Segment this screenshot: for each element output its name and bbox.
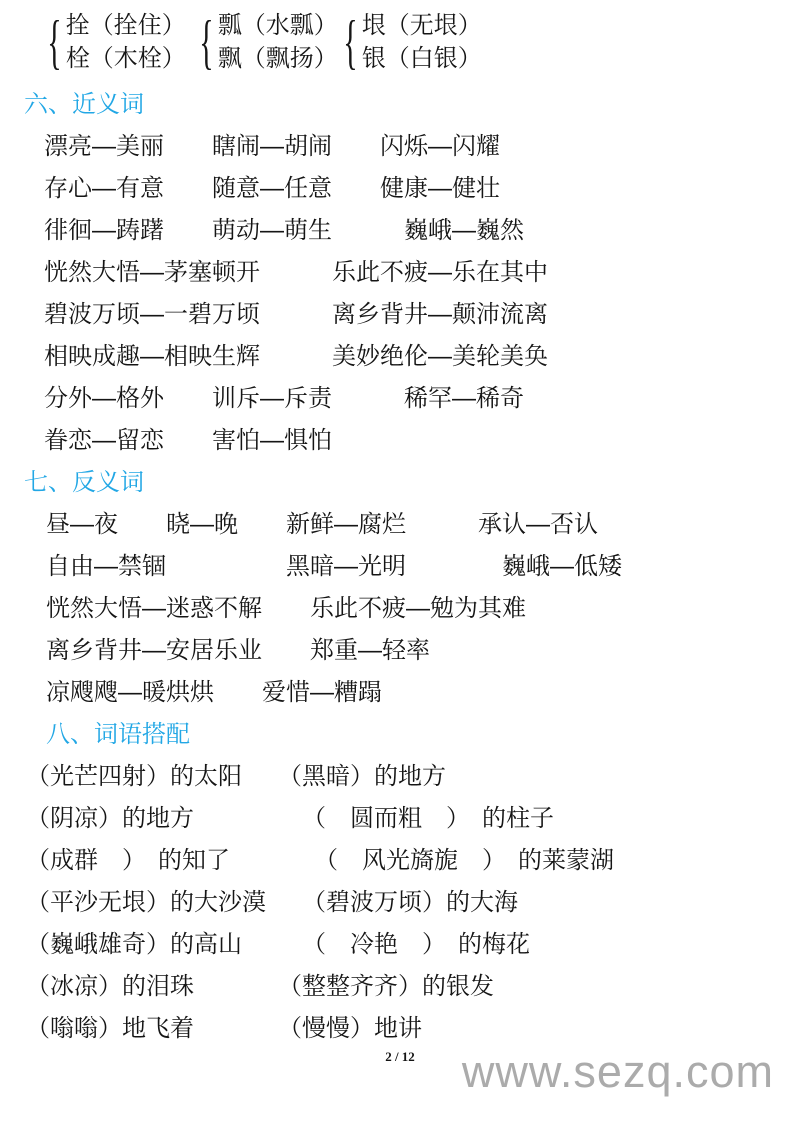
character-pair-lines: 垠（无垠） 银（白银） — [362, 9, 482, 75]
brace-icon: { — [199, 8, 213, 76]
character-group: { 瓢（水瓢） 飘（飘扬） — [192, 8, 338, 76]
vocab-row: 分外—格外 训斥—斥责 稀罕—稀奇 — [44, 378, 800, 420]
character-group: { 拴（拴住） 栓（木栓） — [40, 8, 186, 76]
vocab-row: 存心—有意 随意—任意 健康—健壮 — [44, 168, 800, 210]
vocab-rows: 昼—夜 晓—晚 新鲜—腐烂 承认—否认 自由—禁锢 黑暗—光明 巍峨—低矮 恍然… — [0, 504, 800, 714]
vocab-sections: 六、近义词 漂亮—美丽 瞎闹—胡闹 闪烁—闪耀 存心—有意 随意—任意 健康—健… — [0, 84, 800, 1050]
character-pair-top: 瓢（水瓢） — [218, 9, 338, 42]
character-pair-bottom: 栓（木栓） — [66, 42, 186, 75]
vocab-row: 昼—夜 晓—晚 新鲜—腐烂 承认—否认 — [46, 504, 800, 546]
vocab-row: 恍然大悟—茅塞顿开 乐此不疲—乐在其中 — [44, 252, 800, 294]
character-pair-lines: 瓢（水瓢） 飘（飘扬） — [218, 9, 338, 75]
section-heading: 六、近义词 — [24, 84, 800, 126]
document-page: { 拴（拴住） 栓（木栓） { 瓢（水瓢） 飘（飘扬） { 垠（无垠） 银（白银… — [0, 0, 800, 1131]
vocab-row: （阴凉）的地方 （ 圆而粗 ） 的柱子 — [26, 798, 800, 840]
vocab-row: 漂亮—美丽 瞎闹—胡闹 闪烁—闪耀 — [44, 126, 800, 168]
brace-icon: { — [47, 8, 61, 76]
vocab-section: 六、近义词 漂亮—美丽 瞎闹—胡闹 闪烁—闪耀 存心—有意 随意—任意 健康—健… — [0, 84, 800, 462]
vocab-section: 八、词语搭配 （光芒四射）的太阳 （黑暗）的地方 （阴凉）的地方 （ 圆而粗 ）… — [0, 714, 800, 1050]
character-pair-bottom: 银（白银） — [362, 42, 482, 75]
vocab-row: 眷恋—留恋 害怕—惧怕 — [44, 420, 800, 462]
section-heading: 七、反义词 — [24, 462, 800, 504]
vocab-row: 自由—禁锢 黑暗—光明 巍峨—低矮 — [46, 546, 800, 588]
character-comparison-section: { 拴（拴住） 栓（木栓） { 瓢（水瓢） 飘（飘扬） { 垠（无垠） 银（白银… — [0, 8, 800, 84]
vocab-row: 恍然大悟—迷惑不解 乐此不疲—勉为其难 — [46, 588, 800, 630]
character-pair-top: 拴（拴住） — [66, 9, 186, 42]
vocab-row: （冰凉）的泪珠 （整整齐齐）的银发 — [26, 966, 800, 1008]
vocab-row: （巍峨雄奇）的高山 （ 冷艳 ） 的梅花 — [26, 924, 800, 966]
vocab-row: 徘徊—踌躇 萌动—萌生 巍峨—巍然 — [44, 210, 800, 252]
vocab-rows: （光芒四射）的太阳 （黑暗）的地方 （阴凉）的地方 （ 圆而粗 ） 的柱子 （成… — [0, 756, 800, 1050]
vocab-rows: 漂亮—美丽 瞎闹—胡闹 闪烁—闪耀 存心—有意 随意—任意 健康—健壮 徘徊—踌… — [0, 126, 800, 462]
character-pair-top: 垠（无垠） — [362, 9, 482, 42]
character-pair-lines: 拴（拴住） 栓（木栓） — [66, 9, 186, 75]
watermark: www.sezq.com — [462, 1048, 774, 1096]
section-heading: 八、词语搭配 — [46, 714, 800, 756]
brace-icon: { — [343, 8, 357, 76]
vocab-row: （平沙无垠）的大沙漠 （碧波万顷）的大海 — [26, 882, 800, 924]
vocab-section: 七、反义词 昼—夜 晓—晚 新鲜—腐烂 承认—否认 自由—禁锢 黑暗—光明 巍峨… — [0, 462, 800, 714]
vocab-row: （成群 ） 的知了 （ 风光旖旎 ） 的莱蒙湖 — [26, 840, 800, 882]
vocab-row: 离乡背井—安居乐业 郑重—轻率 — [46, 630, 800, 672]
vocab-row: 凉飕飕—暖烘烘 爱惜—糟蹋 — [46, 672, 800, 714]
vocab-row: 相映成趣—相映生辉 美妙绝伦—美轮美奂 — [44, 336, 800, 378]
vocab-row: 碧波万顷—一碧万顷 离乡背井—颠沛流离 — [44, 294, 800, 336]
character-group: { 垠（无垠） 银（白银） — [336, 8, 482, 76]
vocab-row: （嗡嗡）地飞着 （慢慢）地讲 — [26, 1008, 800, 1050]
vocab-row: （光芒四射）的太阳 （黑暗）的地方 — [26, 756, 800, 798]
character-pair-bottom: 飘（飘扬） — [218, 42, 338, 75]
